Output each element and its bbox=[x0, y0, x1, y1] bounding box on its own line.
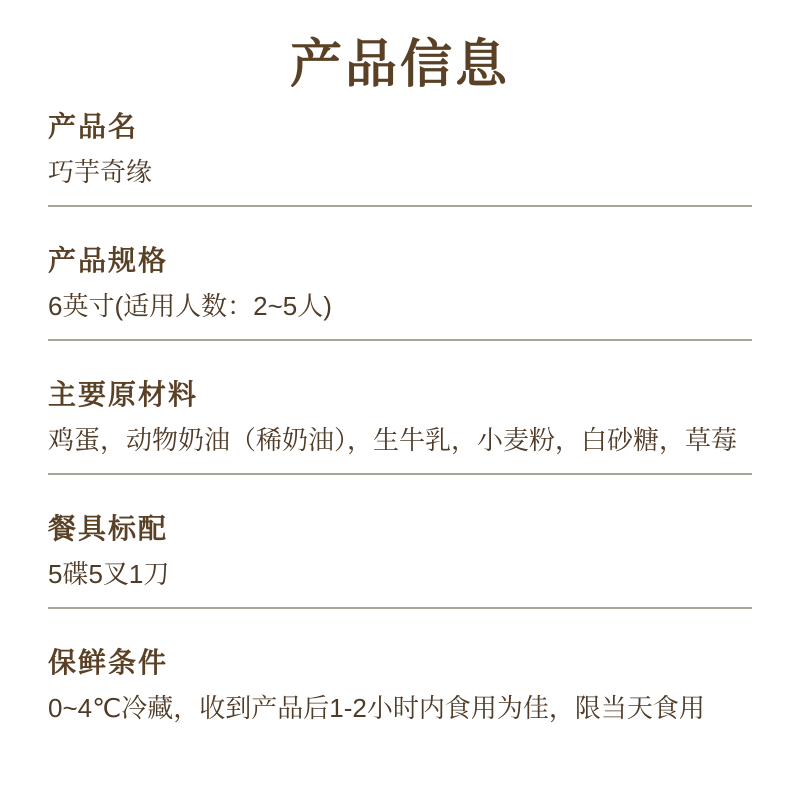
section-value: 0~4℃冷藏，收到产品后1-2小时内食用为佳，限当天食用 bbox=[48, 691, 752, 725]
section-label: 餐具标配 bbox=[48, 511, 752, 547]
page-title: 产品信息 bbox=[0, 0, 800, 96]
section-label: 保鲜条件 bbox=[48, 645, 752, 681]
section-value: 5碟5叉1刀 bbox=[48, 557, 752, 591]
section-product-spec: 产品规格 6英寸(适用人数：2~5人) bbox=[48, 243, 752, 341]
product-info-content: 产品名 巧芋奇缘 产品规格 6英寸(适用人数：2~5人) 主要原材料 鸡蛋，动物… bbox=[0, 109, 800, 725]
product-info-page: 产品信息 产品名 巧芋奇缘 产品规格 6英寸(适用人数：2~5人) 主要原材料 … bbox=[0, 0, 800, 800]
section-product-name: 产品名 巧芋奇缘 bbox=[48, 109, 752, 207]
section-main-ingredients: 主要原材料 鸡蛋，动物奶油（稀奶油），生牛乳，小麦粉，白砂糖，草莓 bbox=[48, 377, 752, 475]
section-divider bbox=[48, 339, 752, 341]
section-divider bbox=[48, 205, 752, 207]
section-tableware: 餐具标配 5碟5叉1刀 bbox=[48, 511, 752, 609]
section-label: 产品规格 bbox=[48, 243, 752, 279]
section-value: 鸡蛋，动物奶油（稀奶油），生牛乳，小麦粉，白砂糖，草莓 bbox=[48, 423, 752, 457]
section-value: 6英寸(适用人数：2~5人) bbox=[48, 289, 752, 323]
section-label: 产品名 bbox=[48, 109, 752, 145]
section-divider bbox=[48, 473, 752, 475]
section-storage-conditions: 保鲜条件 0~4℃冷藏，收到产品后1-2小时内食用为佳，限当天食用 bbox=[48, 645, 752, 725]
section-value: 巧芋奇缘 bbox=[48, 155, 752, 189]
section-divider bbox=[48, 607, 752, 609]
section-label: 主要原材料 bbox=[48, 377, 752, 413]
